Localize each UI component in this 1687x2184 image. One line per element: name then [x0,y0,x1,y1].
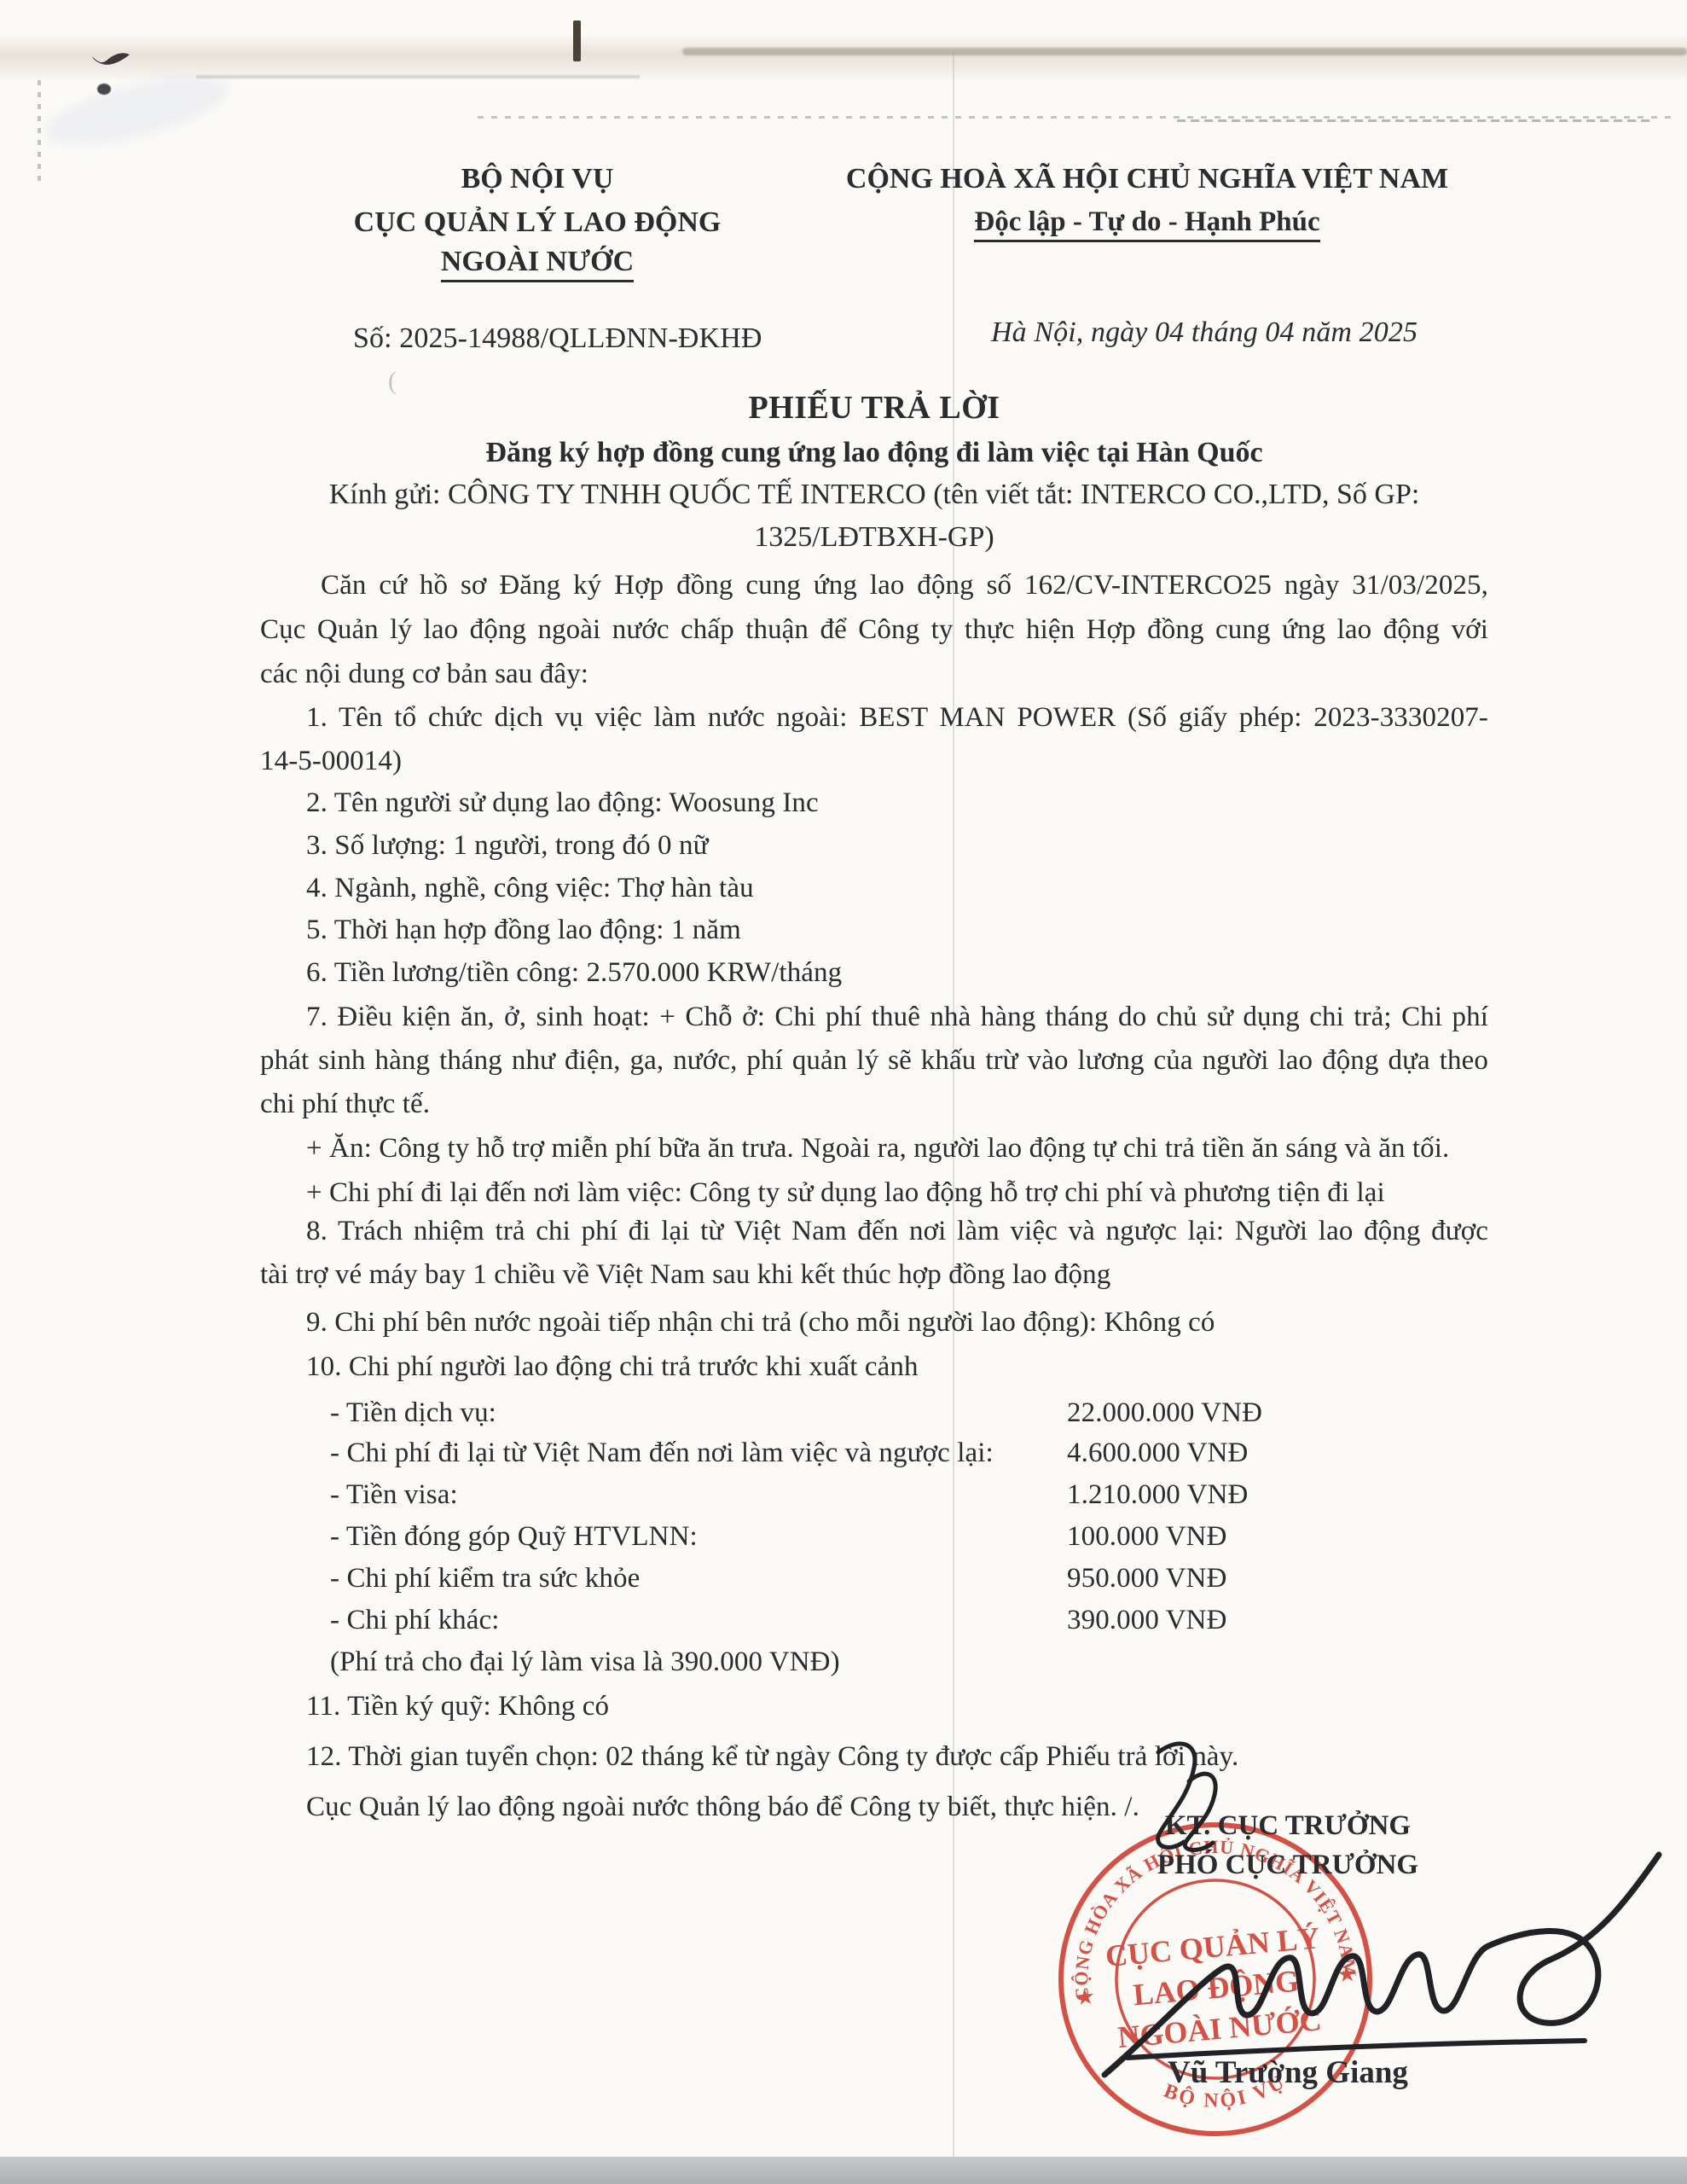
body-line: 8. Trách nhiệm trả chi phí đi lại từ Việ… [306,1209,1488,1253]
fee-row-label: - Chi phí đi lại từ Việt Nam đến nơi làm… [330,1431,994,1475]
scan-artifact-blue-smudge [39,63,234,158]
scan-artifact-bottom-band [0,2157,1687,2184]
scan-artifact-left-dashes [38,80,41,183]
scan-artifact-fold-line [953,51,954,2157]
body-line: 4. Ngành, nghề, công việc: Thợ hàn tàu [306,866,754,910]
recipient-line2: 1325/LĐTBXH-GP) [260,521,1488,554]
body-line: 2. Tên người sử dụng lao động: Woosung I… [306,781,819,825]
issuing-ministry: BỘ NỘI VỤ [281,159,793,200]
scan-artifact-top-streak [682,48,1687,55]
issuing-department-line2: NGOÀI NƯỚC [281,241,793,282]
national-motto: Độc lập - Tự do - Hạnh Phúc [810,201,1484,242]
body-line: Cục Quản lý lao động ngoài nước chấp thu… [260,607,1488,652]
document-title: PHIẾU TRẢ LỜI [260,389,1488,427]
closing-line: Cục Quản lý lao động ngoài nước thông bá… [306,1785,1139,1829]
issuing-department-line1: CỤC QUẢN LÝ LAO ĐỘNG [281,202,793,243]
fee-row-amount: 22.000.000 VNĐ [1067,1391,1262,1435]
document-number: Số: 2025-14988/QLLĐNN-ĐKHĐ [353,317,762,361]
body-line: phát sinh hàng tháng như điện, ga, nước,… [260,1038,1488,1083]
scan-artifact-top-band [0,34,1687,80]
issuing-department-underline: NGOÀI NƯỚC [441,246,634,282]
scanned-document-page: ( BỘ NỘI VỤ CỤC QUẢN LÝ LAO ĐỘNG NGOÀI N… [0,0,1687,2184]
fee-row-amount: 950.000 VNĐ [1067,1556,1227,1600]
fee-row-amount: 1.210.000 VNĐ [1067,1472,1248,1517]
body-line: Căn cứ hồ sơ Đăng ký Hợp đồng cung ứng l… [321,563,1488,607]
fee-row-amount: 4.600.000 VNĐ [1067,1431,1248,1475]
body-line: 11. Tiền ký quỹ: Không có [306,1684,609,1728]
body-line: tài trợ vé máy bay 1 chiều về Việt Nam s… [260,1252,1110,1297]
body-line: 5. Thời hạn hợp đồng lao động: 1 năm [306,908,741,952]
scan-artifact-dot [97,84,111,95]
body-line: các nội dung cơ bản sau đây: [260,652,588,696]
fee-row-label: - Tiền visa: [330,1472,458,1517]
body-line: 10. Chi phí người lao động chi trả trước… [306,1345,919,1389]
signature-ink [1023,1817,1680,2107]
national-motto-underline: Độc lập - Tự do - Hạnh Phúc [974,206,1319,242]
fee-row-label: - Tiền đóng góp Quỹ HTVLNN: [330,1514,698,1559]
place-date-line: Hà Nội, ngày 04 tháng 04 năm 2025 [991,311,1417,355]
fee-row-amount: 390.000 VNĐ [1067,1598,1227,1642]
fee-note: (Phí trả cho đại lý làm visa là 390.000 … [330,1640,840,1684]
national-title: CỘNG HOÀ XÃ HỘI CHỦ NGHĨA VIỆT NAM [810,159,1484,200]
document-subtitle: Đăng ký hợp đồng cung ứng lao động đi là… [260,437,1488,469]
body-line: 7. Điều kiện ăn, ở, sinh hoạt: + Chỗ ở: … [306,995,1488,1039]
body-line: 9. Chi phí bên nước ngoài tiếp nhận chi … [306,1300,1215,1345]
body-line: + Ăn: Công ty hỗ trợ miễn phí bữa ăn trư… [306,1126,1449,1170]
fee-row-label: - Tiền dịch vụ: [330,1391,496,1435]
body-line: 3. Số lượng: 1 người, trong đó 0 nữ [306,823,709,868]
signature-underline [1128,2041,1585,2058]
fee-row-label: - Chi phí kiểm tra sức khỏe [330,1556,640,1600]
body-line: 6. Tiền lương/tiền công: 2.570.000 KRW/t… [306,950,842,995]
fee-row-label: - Chi phí khác: [330,1598,500,1642]
body-line: 12. Thời gian tuyển chọn: 02 tháng kể từ… [306,1734,1238,1779]
recipient-line1: Kính gửi: CÔNG TY TNHH QUỐC TẾ INTERCO (… [260,479,1488,511]
body-line: 1. Tên tổ chức dịch vụ việc làm nước ngo… [306,695,1488,740]
scan-artifact-top-tick [573,20,581,61]
body-line: chi phí thực tế. [260,1082,430,1126]
scan-artifact-top-streak-left [196,75,640,78]
scan-artifact-checkmark [85,41,136,75]
fee-row-amount: 100.000 VNĐ [1067,1514,1227,1559]
scan-artifact-dotted-line-dense [1177,119,1655,122]
scan-artifact-dotted-line [478,116,1672,119]
body-line: 14-5-00014) [260,739,402,783]
